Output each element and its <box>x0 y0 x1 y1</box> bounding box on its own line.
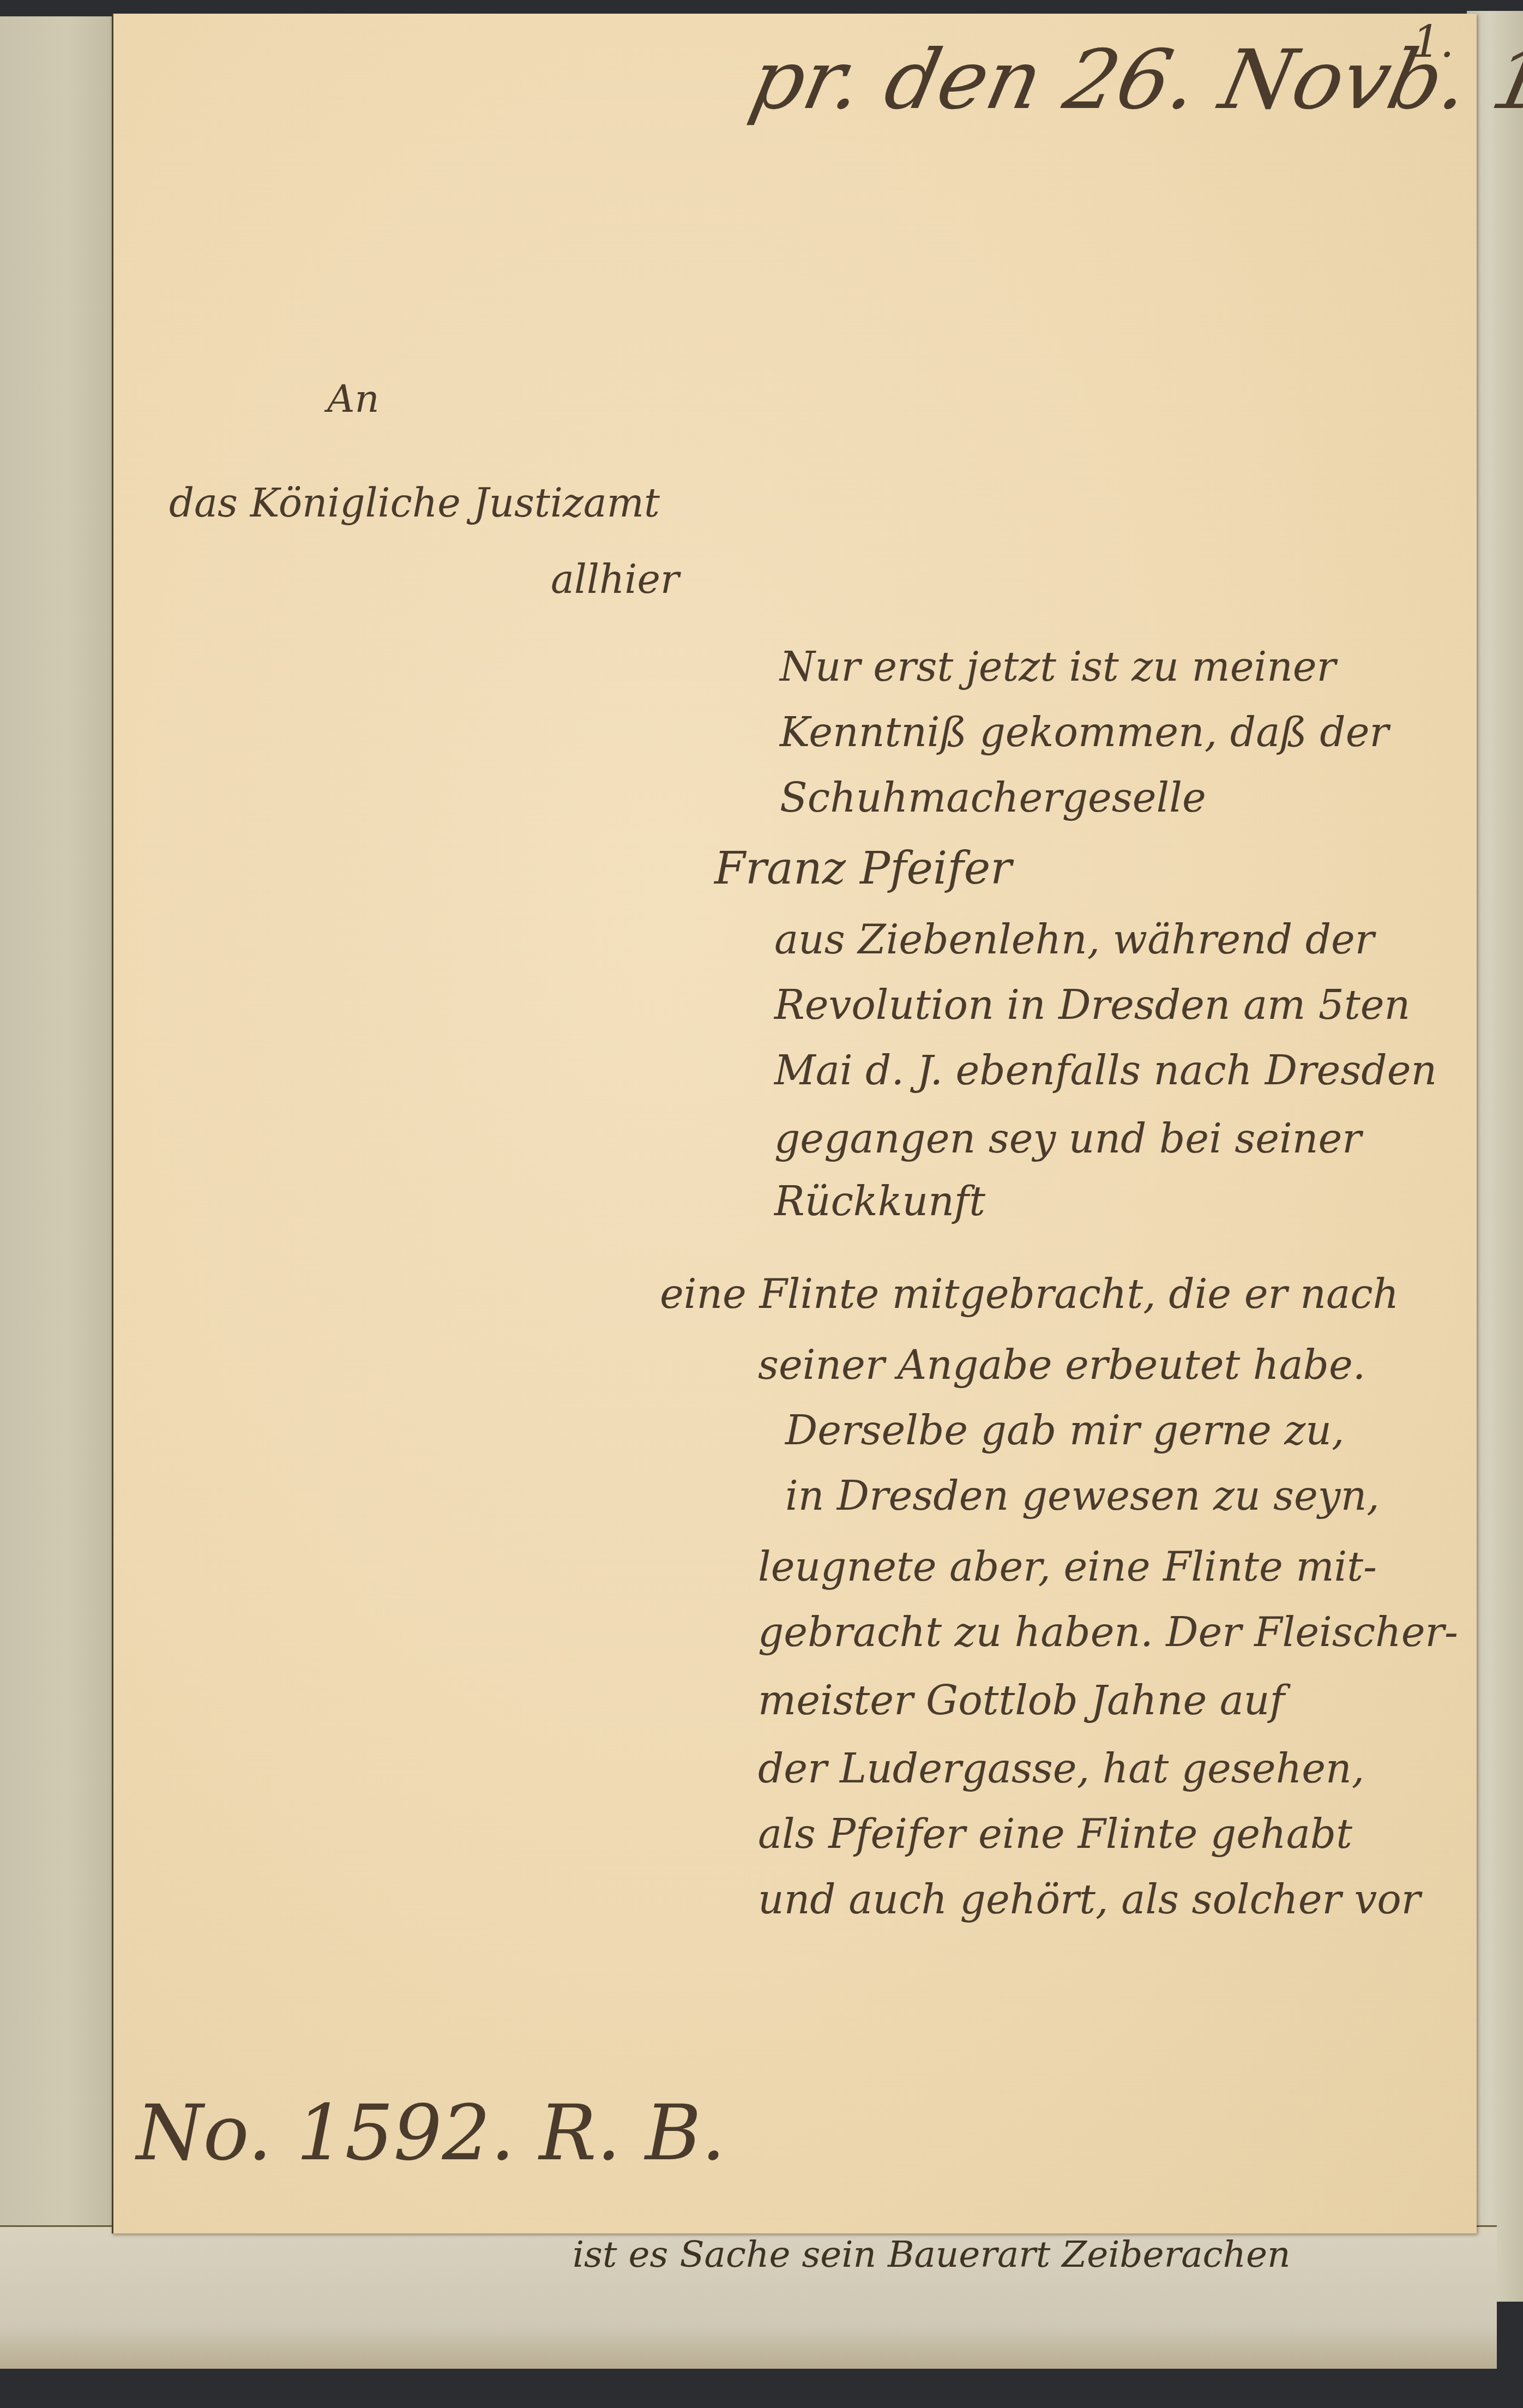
body-line: Nur erst jetzt ist zu meiner <box>780 644 1336 690</box>
body-line: Schuhmachergeselle <box>780 774 1206 821</box>
body-line: gegangen sey und bei seiner <box>774 1115 1362 1162</box>
folder-cover-left <box>0 16 112 2253</box>
reference-number: No. 1592. R. B. <box>136 2089 725 2178</box>
body-line: Revolution in Dresden am 5ten <box>774 982 1410 1029</box>
body-line: Kenntniß gekommen, daß der <box>780 709 1389 756</box>
body-line: aus Ziebenlehn, während der <box>774 916 1374 963</box>
body-line: gebracht zu haben. Der Fleischer- <box>758 1609 1458 1656</box>
cover-note: ist es Sache sein Bauerart Zeiberachen <box>573 2233 1291 2275</box>
body-line: in Dresden gewesen zu seyn, <box>785 1473 1380 1520</box>
body-line: Rückkunft <box>774 1178 985 1225</box>
salutation: An <box>327 376 380 421</box>
body-line: Derselbe gab mir gerne zu, <box>785 1407 1344 1454</box>
body-line: als Pfeifer eine Flinte gehabt <box>758 1811 1352 1858</box>
body-line: eine Flinte mitgebracht, die er nach <box>660 1271 1399 1318</box>
recipient-name: das Königliche Justizamt <box>169 480 660 526</box>
body-line: seiner Angabe erbeutet habe. <box>758 1342 1365 1389</box>
body-line: leugnete aber, eine Flinte mit- <box>758 1544 1377 1590</box>
body-line: meister Gottlob Jahne auf <box>758 1677 1285 1724</box>
body-line: der Ludergasse, hat gesehen, <box>758 1745 1364 1792</box>
recipient-location: allhier <box>551 556 679 602</box>
body-line: Mai d. J. ebenfalls nach Dresden <box>774 1047 1437 1094</box>
body-line: und auch gehört, als solcher vor <box>758 1876 1420 1923</box>
received-date-stamp: pr. den 26. Novb. 1849. <box>743 33 1523 128</box>
folio-number: 1. <box>1412 16 1454 67</box>
body-line-name: Franz Pfeifer <box>714 843 1012 894</box>
